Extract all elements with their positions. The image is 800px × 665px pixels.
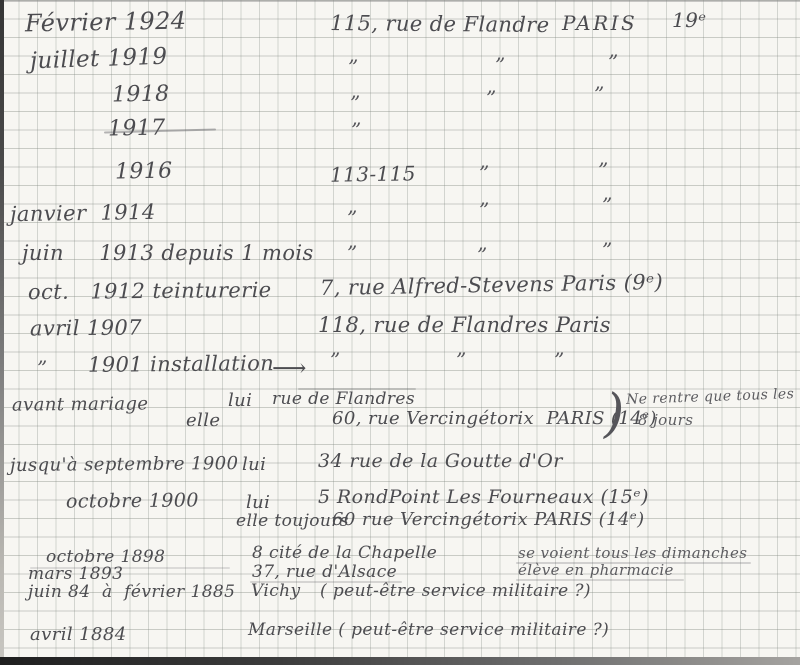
entry-date: 1917	[108, 117, 166, 140]
ditto-mark: ”	[347, 208, 358, 228]
entry-date: 1901 installation	[88, 353, 274, 376]
entry-note: ( peut-être service militaire ?)	[320, 583, 591, 600]
ditto-mark: ”	[348, 57, 359, 77]
entry-district: 19ᵉ	[672, 10, 706, 30]
entry-date: mars 1893	[28, 566, 123, 583]
lui-label: lui	[246, 494, 270, 512]
arrow-icon: ⟶	[272, 356, 307, 380]
entry-date: octobre 1900	[66, 491, 199, 511]
entry-date: 1918	[112, 83, 170, 106]
entry-address: 115, rue de Flandre	[330, 13, 550, 36]
entry-address: 7, rue Alfred-Stevens Paris (9ᵉ)	[320, 272, 663, 299]
ditto-mark: ”	[554, 350, 565, 370]
margin-note: 8 jours	[638, 413, 693, 428]
entry-address: 113-115	[330, 163, 416, 184]
entry-address: 34 rue de la Goutte d'Or	[318, 452, 563, 471]
ditto-mark: ”	[602, 240, 613, 260]
page-edge-left	[0, 0, 4, 665]
ditto-mark: ”	[350, 93, 361, 113]
margin-note: Ne rentre que tous les	[626, 387, 795, 407]
ditto-mark: ”	[456, 350, 467, 370]
entry-date: avril 1884	[30, 626, 127, 644]
lui-address: rue de Flandres	[272, 391, 415, 408]
entry-place: Marseille ( peut-être service militaire …	[248, 622, 609, 639]
entry-date: janvier 1914	[10, 202, 156, 226]
entry-date: juin 1913 depuis 1 mois	[22, 243, 314, 264]
notebook-page: Février 1924 115, rue de Flandre PARIS 1…	[0, 0, 800, 665]
lui-label: lui	[228, 392, 252, 410]
elle-label: elle	[186, 412, 220, 430]
page-edge-bottom	[0, 657, 800, 665]
ditto-mark: ”	[37, 358, 48, 378]
ditto-mark: ”	[486, 88, 497, 108]
brace-mark: )	[604, 388, 625, 440]
entry-date: 1916	[115, 160, 173, 183]
ditto-mark: ”	[594, 84, 605, 104]
margin-note: élève en pharmacie	[518, 563, 674, 578]
entry-address: 37, rue d'Alsace	[252, 564, 397, 581]
entry-date: juillet 1919	[30, 46, 168, 74]
entry-city: PARIS	[562, 13, 637, 33]
ditto-mark: ”	[495, 55, 506, 75]
entry-date: avril 1907	[30, 318, 142, 340]
lui-label: lui	[242, 456, 266, 474]
ditto-mark: ”	[330, 350, 341, 370]
ditto-mark: ”	[347, 243, 358, 263]
ditto-mark: ”	[351, 120, 362, 140]
ditto-mark: ”	[598, 160, 609, 180]
entry-address: 118, rue de Flandres Paris	[318, 315, 611, 336]
section-label: avant mariage	[12, 395, 149, 414]
page-edge-top	[0, 0, 800, 2]
entry-date: juin 84 à février 1885	[28, 584, 235, 601]
entry-address: 8 cité de la Chapelle	[252, 545, 437, 562]
elle-address: 60 rue Vercingétorix PARIS (14ᵉ)	[332, 511, 645, 529]
entry-date: oct. 1912 teinturerie	[28, 280, 272, 303]
ditto-mark: ”	[479, 163, 490, 183]
margin-note: se voient tous les dimanches	[518, 546, 747, 561]
entry-address: 5 RondPoint Les Fourneaux (15ᵉ)	[318, 488, 649, 507]
ditto-mark: ”	[602, 195, 613, 215]
entry-date: jusqu'à septembre 1900	[10, 455, 239, 475]
entry-place: Vichy	[251, 583, 301, 600]
ditto-mark: ”	[477, 245, 488, 265]
ditto-mark: ”	[608, 52, 619, 72]
ditto-mark: ”	[479, 200, 490, 220]
entry-date: Février 1924	[25, 9, 187, 36]
